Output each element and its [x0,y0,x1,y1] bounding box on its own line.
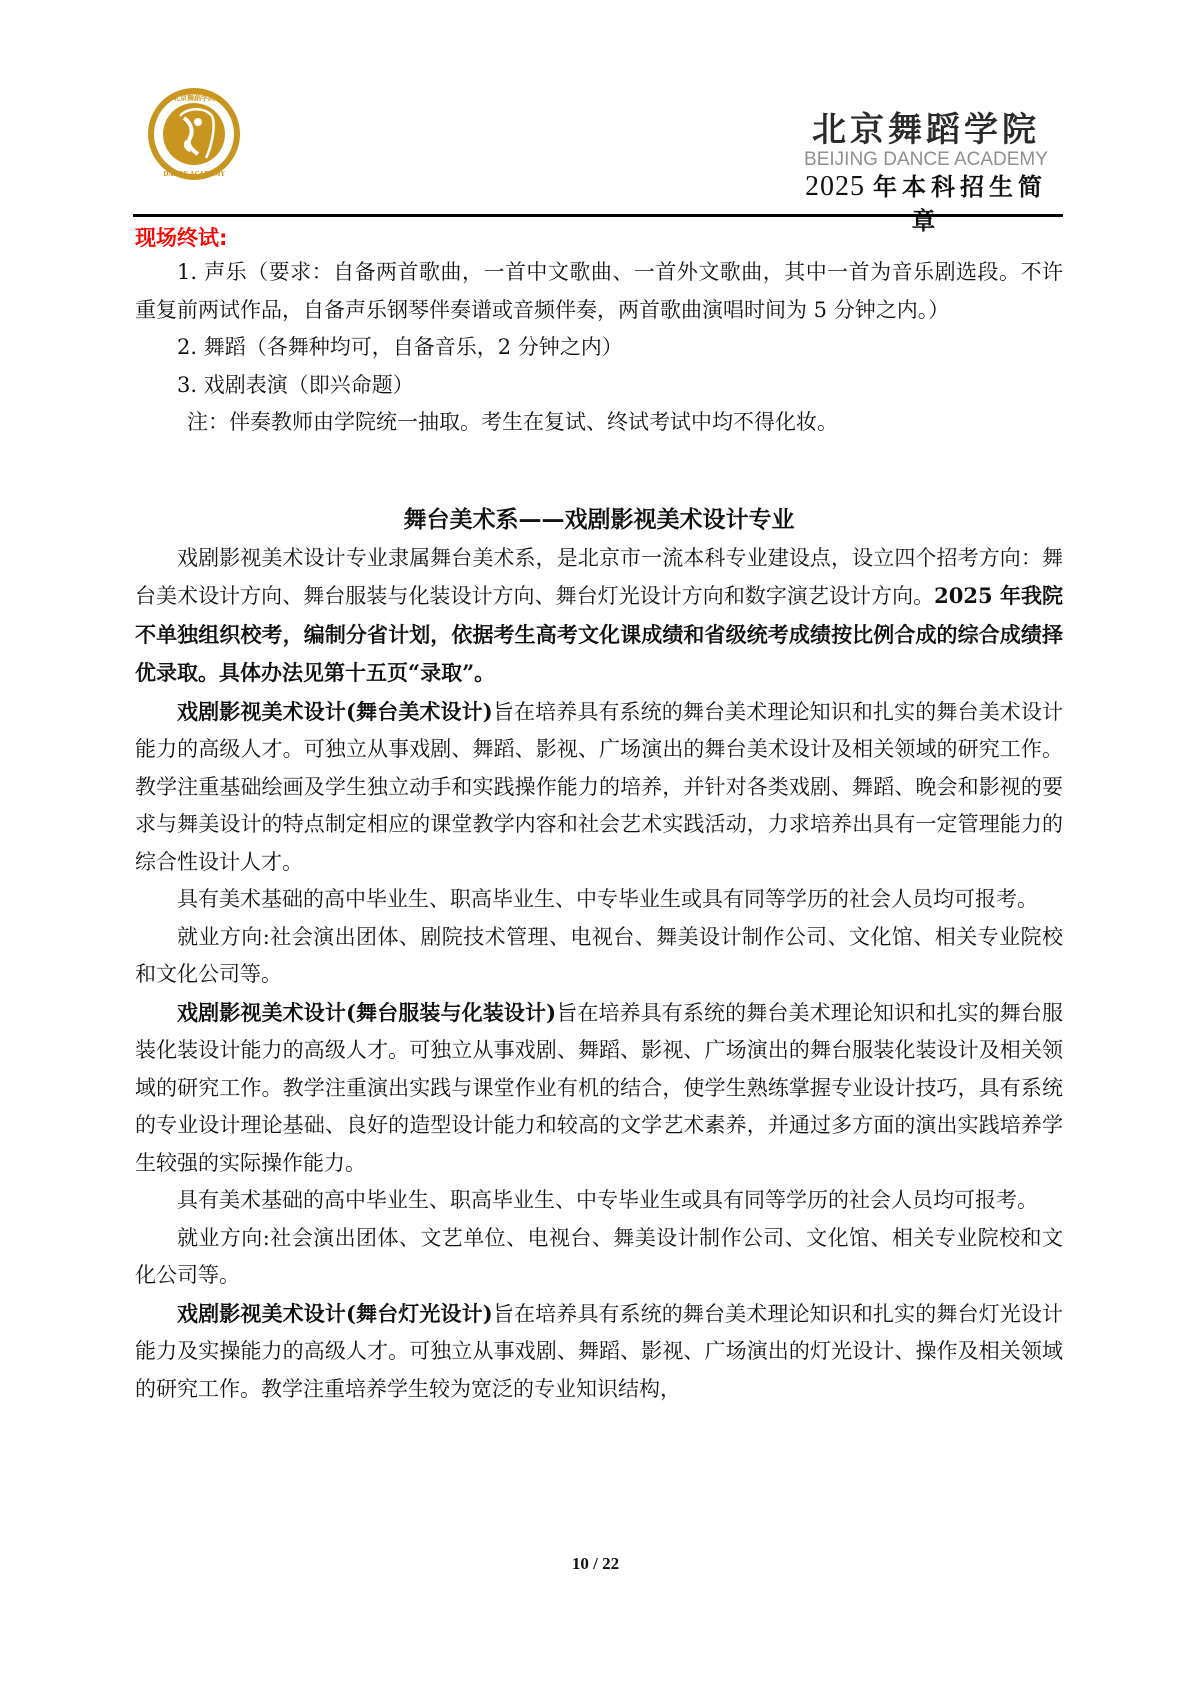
header-divider [133,214,1063,217]
direction-lighting: 戏剧影视美术设计(舞台灯光设计)旨在培养具有系统的舞台美术理论知识和扎实的舞台灯… [135,1295,1063,1409]
document-year: 2025 [805,171,865,202]
final-exam-item-3: 3. 戏剧表演（即兴命题） [135,367,1063,405]
brand-name-cn: 北京舞蹈学院 [791,110,1061,150]
academy-seal-icon: 北京舞蹈学院 DANCE ACADEMY [146,86,242,182]
direction-desc: 旨在培养具有系统的舞台美术理论知识和扎实的舞台美术设计能力的高级人才。可独立从事… [135,700,1063,874]
section-title: 舞台美术系——戏剧影视美术设计专业 [135,500,1063,540]
page-total: 22 [602,1554,619,1573]
final-exam-note: 注：伴奏教师由学院统一抽取。考生在复试、终试考试中均不得化妆。 [135,404,1063,442]
final-exam-heading: 现场终试: [135,222,1063,254]
final-exam-item-1: 1. 声乐（要求：自备两首歌曲，一首中文歌曲、一首外文歌曲，其中一首为音乐剧选段… [135,254,1063,329]
brand-name-en: BEIJING DANCE ACADEMY [791,150,1061,170]
direction-costume-makeup: 戏剧影视美术设计(舞台服装与化装设计)旨在培养具有系统的舞台美术理论知识和扎实的… [135,994,1063,1183]
direction-eligibility: 具有美术基础的高中毕业生、职高毕业生、中专毕业生或具有同等学历的社会人员均可报考… [135,881,1063,919]
direction-desc: 旨在培养具有系统的舞台美术理论知识和扎实的舞台服装化装设计能力的高级人才。可独立… [135,1001,1063,1175]
section-intro: 戏剧影视美术设计专业隶属舞台美术系，是北京市一流本科专业建设点，设立四个招考方向… [135,540,1063,693]
document-body: 现场终试: 1. 声乐（要求：自备两首歌曲，一首中文歌曲、一首外文歌曲，其中一首… [135,222,1063,1408]
final-exam-item-2: 2. 舞蹈（各舞种均可，自备音乐，2 分钟之内） [135,329,1063,367]
direction-employment: 就业方向:社会演出团体、剧院技术管理、电视台、舞美设计制作公司、文化馆、相关专业… [135,919,1063,994]
brand-block: 北京舞蹈学院 BEIJING DANCE ACADEMY 2025 年本科招生简… [791,110,1061,238]
svg-text:DANCE ACADEMY: DANCE ACADEMY [163,171,225,178]
direction-name: 戏剧影视美术设计(舞台美术设计) [177,699,493,724]
page-separator: / [589,1554,602,1573]
direction-employment: 就业方向:社会演出团体、文艺单位、电视台、舞美设计制作公司、文化馆、相关专业院校… [135,1220,1063,1295]
section-intro-text: 戏剧影视美术设计专业隶属舞台美术系，是北京市一流本科专业建设点，设立四个招考方向… [135,546,1063,609]
svg-text:北京舞蹈学院: 北京舞蹈学院 [173,93,215,102]
direction-eligibility: 具有美术基础的高中毕业生、职高毕业生、中专毕业生或具有同等学历的社会人员均可报考… [135,1182,1063,1220]
direction-name: 戏剧影视美术设计(舞台灯光设计) [177,1301,493,1326]
direction-stage-design: 戏剧影视美术设计(舞台美术设计)旨在培养具有系统的舞台美术理论知识和扎实的舞台美… [135,693,1063,882]
document-page: 北京舞蹈学院 DANCE ACADEMY 北京舞蹈学院 BEIJING DANC… [0,0,1191,1684]
page-number: 10 / 22 [0,1554,1191,1574]
direction-name: 戏剧影视美术设计(舞台服装与化装设计) [177,1000,556,1025]
page-current: 10 [572,1554,589,1573]
